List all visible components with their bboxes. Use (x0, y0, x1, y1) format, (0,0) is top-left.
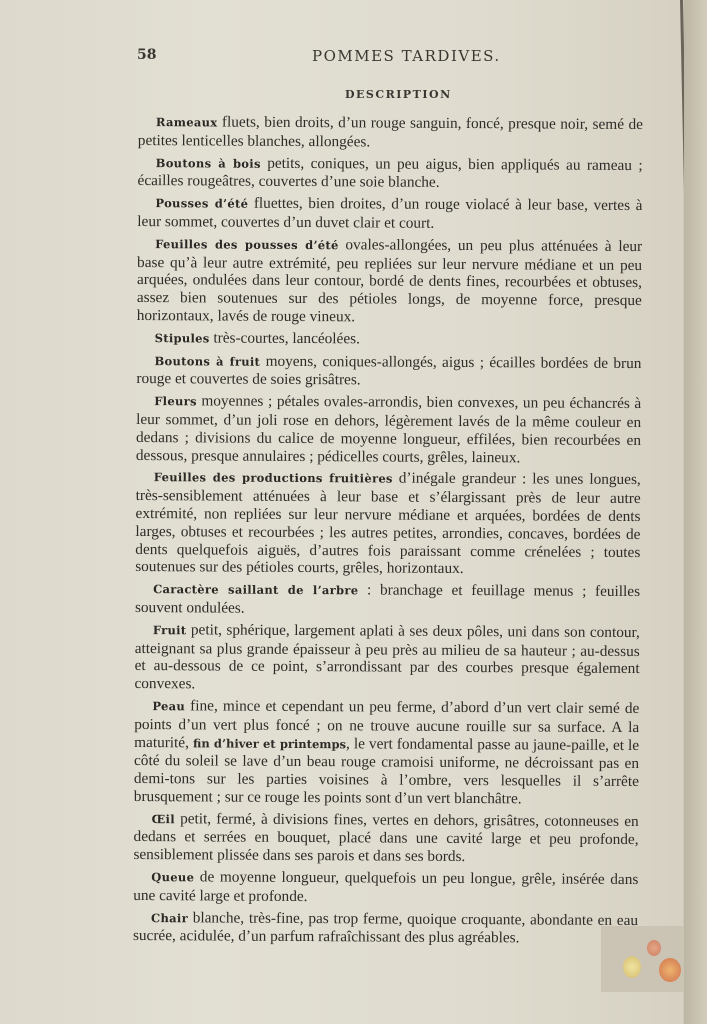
paragraph-feuilles-productions: Feuilles des productions fruitières d’in… (135, 468, 641, 579)
paragraph-text: moyennes ; pétales ovales-arrondis, bien… (136, 393, 641, 466)
paragraph-stipules: Stipules très-courtes, lancéolées. (137, 329, 642, 351)
term: Boutons à bois (156, 156, 261, 171)
paragraph-caractere: Caractère saillant de l’arbre : branchag… (135, 580, 640, 620)
next-page-edge (684, 0, 707, 1024)
paragraph-text: petit, fermé, à divisions fines, vertes … (133, 810, 638, 865)
term: Chair (151, 911, 188, 925)
apple-icon (647, 940, 661, 956)
term: Rameaux (156, 115, 218, 129)
section-title: DESCRIPTION (345, 88, 452, 101)
paragraph-fleurs: Fleurs moyennes ; pétales ovales-arrondi… (136, 392, 641, 467)
term: Boutons à fruit (154, 354, 260, 369)
paragraph-fruit: Fruit petit, sphérique, largement aplati… (134, 621, 639, 696)
paragraph-text: de moyenne longueur, quelquefois un peu … (133, 868, 638, 904)
book-page: 58 POMMES TARDIVES. DESCRIPTION Rameaux … (0, 0, 683, 1024)
paragraph-queue: Queue de moyenne longueur, quelquefois u… (133, 868, 638, 908)
term: Œil (152, 812, 175, 826)
paragraph-boutons-a-fruit: Boutons à fruit moyens, coniques-allongé… (136, 352, 641, 392)
paragraph-chair: Chair blanche, très-fine, pas trop ferme… (133, 909, 638, 949)
paragraph-text: d’inégale grandeur : les unes longues, t… (135, 470, 641, 577)
term: Queue (151, 870, 194, 884)
running-title: POMMES TARDIVES. (312, 47, 501, 65)
term: Peau (152, 699, 185, 713)
term: Fruit (153, 623, 187, 637)
term: Stipules (155, 331, 210, 345)
term: Feuilles des productions fruitières (154, 470, 393, 485)
apple-photo-watermark (601, 926, 693, 992)
page-number: 58 (137, 47, 156, 63)
paragraph-pousses-d-ete: Pousses d’été fluettes, bien droites, d’… (137, 194, 642, 234)
description-body: Rameaux fluets, bien droits, d’un rouge … (133, 113, 643, 952)
apple-icon (623, 956, 641, 978)
apple-icon (659, 958, 681, 982)
paragraph-text: très-courtes, lancéolées. (210, 329, 360, 347)
paragraph-boutons-a-bois: Boutons à bois petits, coniques, un peu … (138, 154, 643, 194)
paragraph-peau: Peau fine, mince et cependant un peu fer… (134, 697, 640, 809)
term: Fleurs (154, 394, 197, 408)
paragraph-feuilles-pousses: Feuilles des pousses d’été ovales-allong… (137, 235, 643, 328)
paragraph-rameaux: Rameaux fluets, bien droits, d’un rouge … (138, 113, 643, 153)
term: Feuilles des pousses d’été (155, 237, 339, 252)
maturity-season: fin d’hiver et printemps (193, 736, 346, 751)
paragraph-text: blanche, très-fine, pas trop ferme, quoi… (133, 909, 638, 947)
paragraph-oeil: Œil petit, fermé, à divisions fines, ver… (133, 810, 638, 867)
term: Caractère saillant de l’arbre (153, 582, 358, 597)
paragraph-text: petit, sphérique, largement aplati à ses… (134, 621, 639, 692)
term: Pousses d’été (155, 196, 248, 211)
